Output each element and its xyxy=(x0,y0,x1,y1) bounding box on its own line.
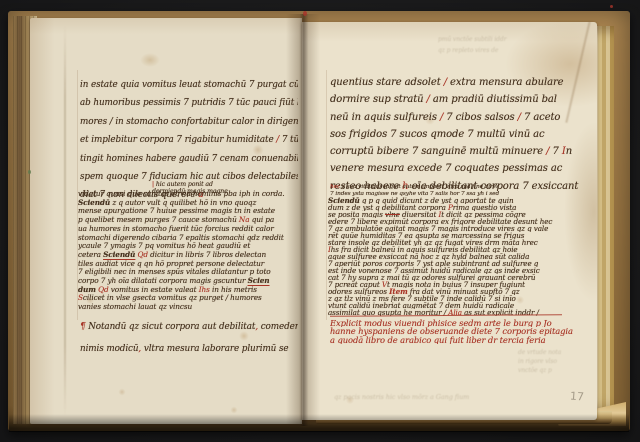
red-ink-speck xyxy=(303,11,307,16)
text-line: in rigore vlso xyxy=(518,357,598,366)
text-segment: qz pacis nostris hic vlso mōrz a Gang fi… xyxy=(334,393,469,401)
text-segment: diuersitat xyxy=(400,211,439,218)
text-segment: am pradiū diutissimū bal xyxy=(433,94,557,105)
text-line: qz pacis nostris hic vlso mōrz a Gang fi… xyxy=(334,392,558,402)
text-segment: odores sulfureos xyxy=(328,288,389,295)
text-segment: pmū vnctōe subtili iddr xyxy=(438,36,506,43)
text-segment: est inde vonenose 7 assimūt huidū radica… xyxy=(328,267,540,274)
bottom-shadow xyxy=(9,414,629,432)
text-line: neū in aquis sulfureis / 7 cibos salsos … xyxy=(330,109,592,126)
text-line: a quodā libro de arabico qui fuit liber … xyxy=(330,336,586,344)
text-line: sos frigidos 7 sucos qmode 7 multū vinū … xyxy=(330,126,592,143)
right-ghost-top: pmū vnctōe subtili iddrqz p repleto vire… xyxy=(438,34,548,56)
right-explicit-rubric: Explicit modus viuendi phisice sedm arte… xyxy=(330,319,586,344)
text-segment: Item xyxy=(389,288,407,295)
text-segment: hec xyxy=(330,184,342,190)
text-segment: 7 cibos salsos xyxy=(446,112,517,123)
text-segment: t magis nota in buius 7 insuper fugiunt xyxy=(387,281,525,288)
text-line: cat 7 hy supra z mai tū qz odores sulfur… xyxy=(328,274,594,281)
green-fleck xyxy=(28,170,31,174)
text-line: rēt quūe humiditas 7 ea qsupta se marces… xyxy=(328,232,594,239)
text-segment: qz p repleto vires de xyxy=(438,47,498,54)
text-segment: a quodā libro de arabico qui fuit liber … xyxy=(330,336,546,344)
folio-number: 17 xyxy=(570,390,585,404)
text-line: Explicit modus viuendi phisice sedm arte… xyxy=(330,319,586,327)
text-segment: 7 qz ambulatōe agitat magis 7 magis intr… xyxy=(328,225,548,232)
right-dense-block: Sciendū q p q quid dicunt z de yst q apo… xyxy=(328,197,594,316)
text-line: se posita magis vlne diuersitat It dicit… xyxy=(328,211,594,218)
text-line: z qz tlz vinū z ms fere 7 subtile 7 inde… xyxy=(328,295,594,302)
text-segment: venere mesura excede 7 coquates pessimas… xyxy=(330,163,562,174)
text-segment: neū in aquis sulfureis xyxy=(330,112,440,123)
text-segment: hs fra dicit xyxy=(331,246,371,253)
text-segment: n xyxy=(566,146,572,157)
text-segment: edere 7 libere expimūt corpora ex frigor… xyxy=(328,218,552,225)
manuscript-photo: in estate quia vomitus leuat stomachū 7 … xyxy=(0,0,640,442)
text-segment: z qz tlz vinū z ms fere 7 subtile 7 inde… xyxy=(328,295,516,302)
text-segment: Explicit modus viuendi phisice sedm arte… xyxy=(330,319,552,327)
text-segment: quentius stare adsolet xyxy=(330,77,444,88)
text-line: corruptū bibere 7 sanguinē multū minuere… xyxy=(330,143,592,160)
text-segment: 7 aperiūt poros corporis 7 yst aple subi… xyxy=(328,260,538,267)
text-line: dum z de yst q debilitant corpora Prima … xyxy=(328,204,594,211)
right-main-block: quentius stare adsolet / extra mensura a… xyxy=(330,74,592,195)
right-page-text-layer: pmū vnctōe subtili iddrqz p repleto vire… xyxy=(0,0,640,442)
text-segment: in rigore vlso xyxy=(518,358,557,365)
text-line: Ihs fra dicit balneū in aquis sulfureis … xyxy=(328,246,594,253)
text-segment: debilitat qz hoie xyxy=(458,246,517,253)
text-line: hanne hyspaniens de obseruande diete 7 c… xyxy=(330,327,586,335)
text-segment: rima questio vista xyxy=(453,204,517,211)
text-segment: de vrtude nota xyxy=(518,349,561,356)
text-segment: extra mensura abulare xyxy=(450,77,563,88)
text-line: Sciendū q p q quid dicunt z de yst q apo… xyxy=(328,197,594,204)
text-segment: dum z de yst q debilitant corpora xyxy=(328,204,448,211)
text-segment: cat 7 hy supra z mai tū qz odores sulfur… xyxy=(328,274,535,281)
text-line: 7 aperiūt poros corporis 7 yst aple subi… xyxy=(328,260,594,267)
text-line: vtunt calidū inebriat augmētat 7 dem hui… xyxy=(328,302,594,309)
right-ghost-bottom: qz pacis nostris hic vlso mōrz a Gang fi… xyxy=(334,392,558,402)
text-line: de vrtude nota xyxy=(518,348,598,357)
text-segment: 7 aceto xyxy=(524,112,560,123)
text-segment: dormire sup stratū xyxy=(330,94,427,105)
text-line: quentius stare adsolet / extra mensura a… xyxy=(330,74,592,91)
text-line: 7 pcreāt caput Vt magis nota in buius 7 … xyxy=(328,281,594,288)
text-line: est inde vonenose 7 assimūt huidū radica… xyxy=(328,267,594,274)
text-segment: 7 pcreāt caput xyxy=(328,281,382,288)
text-segment: balneū in aquis sulfureis xyxy=(371,246,458,253)
red-ink-speck-top-right xyxy=(610,5,613,8)
text-segment: vtunt calidū inebriat augmētat 7 dem hui… xyxy=(328,302,514,309)
gutter-shadow xyxy=(286,14,320,426)
text-line: edere 7 libere expimūt corpora ex frigor… xyxy=(328,218,594,225)
text-line: venere mesura excede 7 coquates pessimas… xyxy=(330,160,592,177)
text-segment: q p q quid dicunt z de yst q aportat te … xyxy=(360,197,514,204)
text-segment: aque sulfuree exsiccat nā hoc z qz hyld … xyxy=(328,253,529,260)
text-segment: rēt quūe humiditas 7 ea qsupta se marces… xyxy=(328,232,524,239)
text-segment: se posita magis xyxy=(328,211,385,218)
text-line: qz p repleto vires de xyxy=(438,45,548,56)
text-segment: t dicit qz pessima cōgre xyxy=(441,211,525,218)
text-segment: Sciendū xyxy=(328,197,360,204)
text-line: aque sulfuree exsiccat nā hoc z qz hyld … xyxy=(328,253,594,260)
text-segment: z sua vitalibus inquit autem imponit vlt… xyxy=(342,184,499,190)
text-line: pmū vnctōe subtili iddr xyxy=(438,34,548,45)
text-segment: corruptū bibere 7 sanguinē multū minuere xyxy=(330,146,546,157)
text-segment: sos frigidos 7 sucos qmode 7 multū vinū … xyxy=(330,129,545,140)
text-line: vnctōe qz p xyxy=(518,366,598,375)
text-line: stare insole qz debilitet yh qz qz fugat… xyxy=(328,239,594,246)
text-segment: vlne xyxy=(385,211,400,218)
right-interline-small: hec z sua vitalibus inquit autem imponit… xyxy=(330,184,592,197)
right-ghost-mid: de vrtude notain rigore vlsovnctōe qz p xyxy=(518,348,598,375)
text-segment: 7 xyxy=(552,146,561,157)
text-segment: hanne hyspaniens de obseruande diete 7 c… xyxy=(330,327,573,335)
text-segment: vnctōe qz p xyxy=(518,367,552,374)
text-line: hec z sua vitalibus inquit autem imponit… xyxy=(330,184,592,191)
text-line: odores sulfureos Item fra dat vinū minua… xyxy=(328,288,594,295)
text-segment: 7 indes ysta magisse ne qsyhe vita 7 sal… xyxy=(330,191,499,197)
text-line: 7 qz ambulatōe agitat magis 7 magis intr… xyxy=(328,225,594,232)
text-segment: stare insole qz debilitet yh qz qz fugat… xyxy=(328,239,538,246)
text-segment: fra dat vinū minuat supftō 7 qz xyxy=(408,288,520,295)
text-line: dormire sup stratū / am pradiū diutissim… xyxy=(330,91,592,108)
